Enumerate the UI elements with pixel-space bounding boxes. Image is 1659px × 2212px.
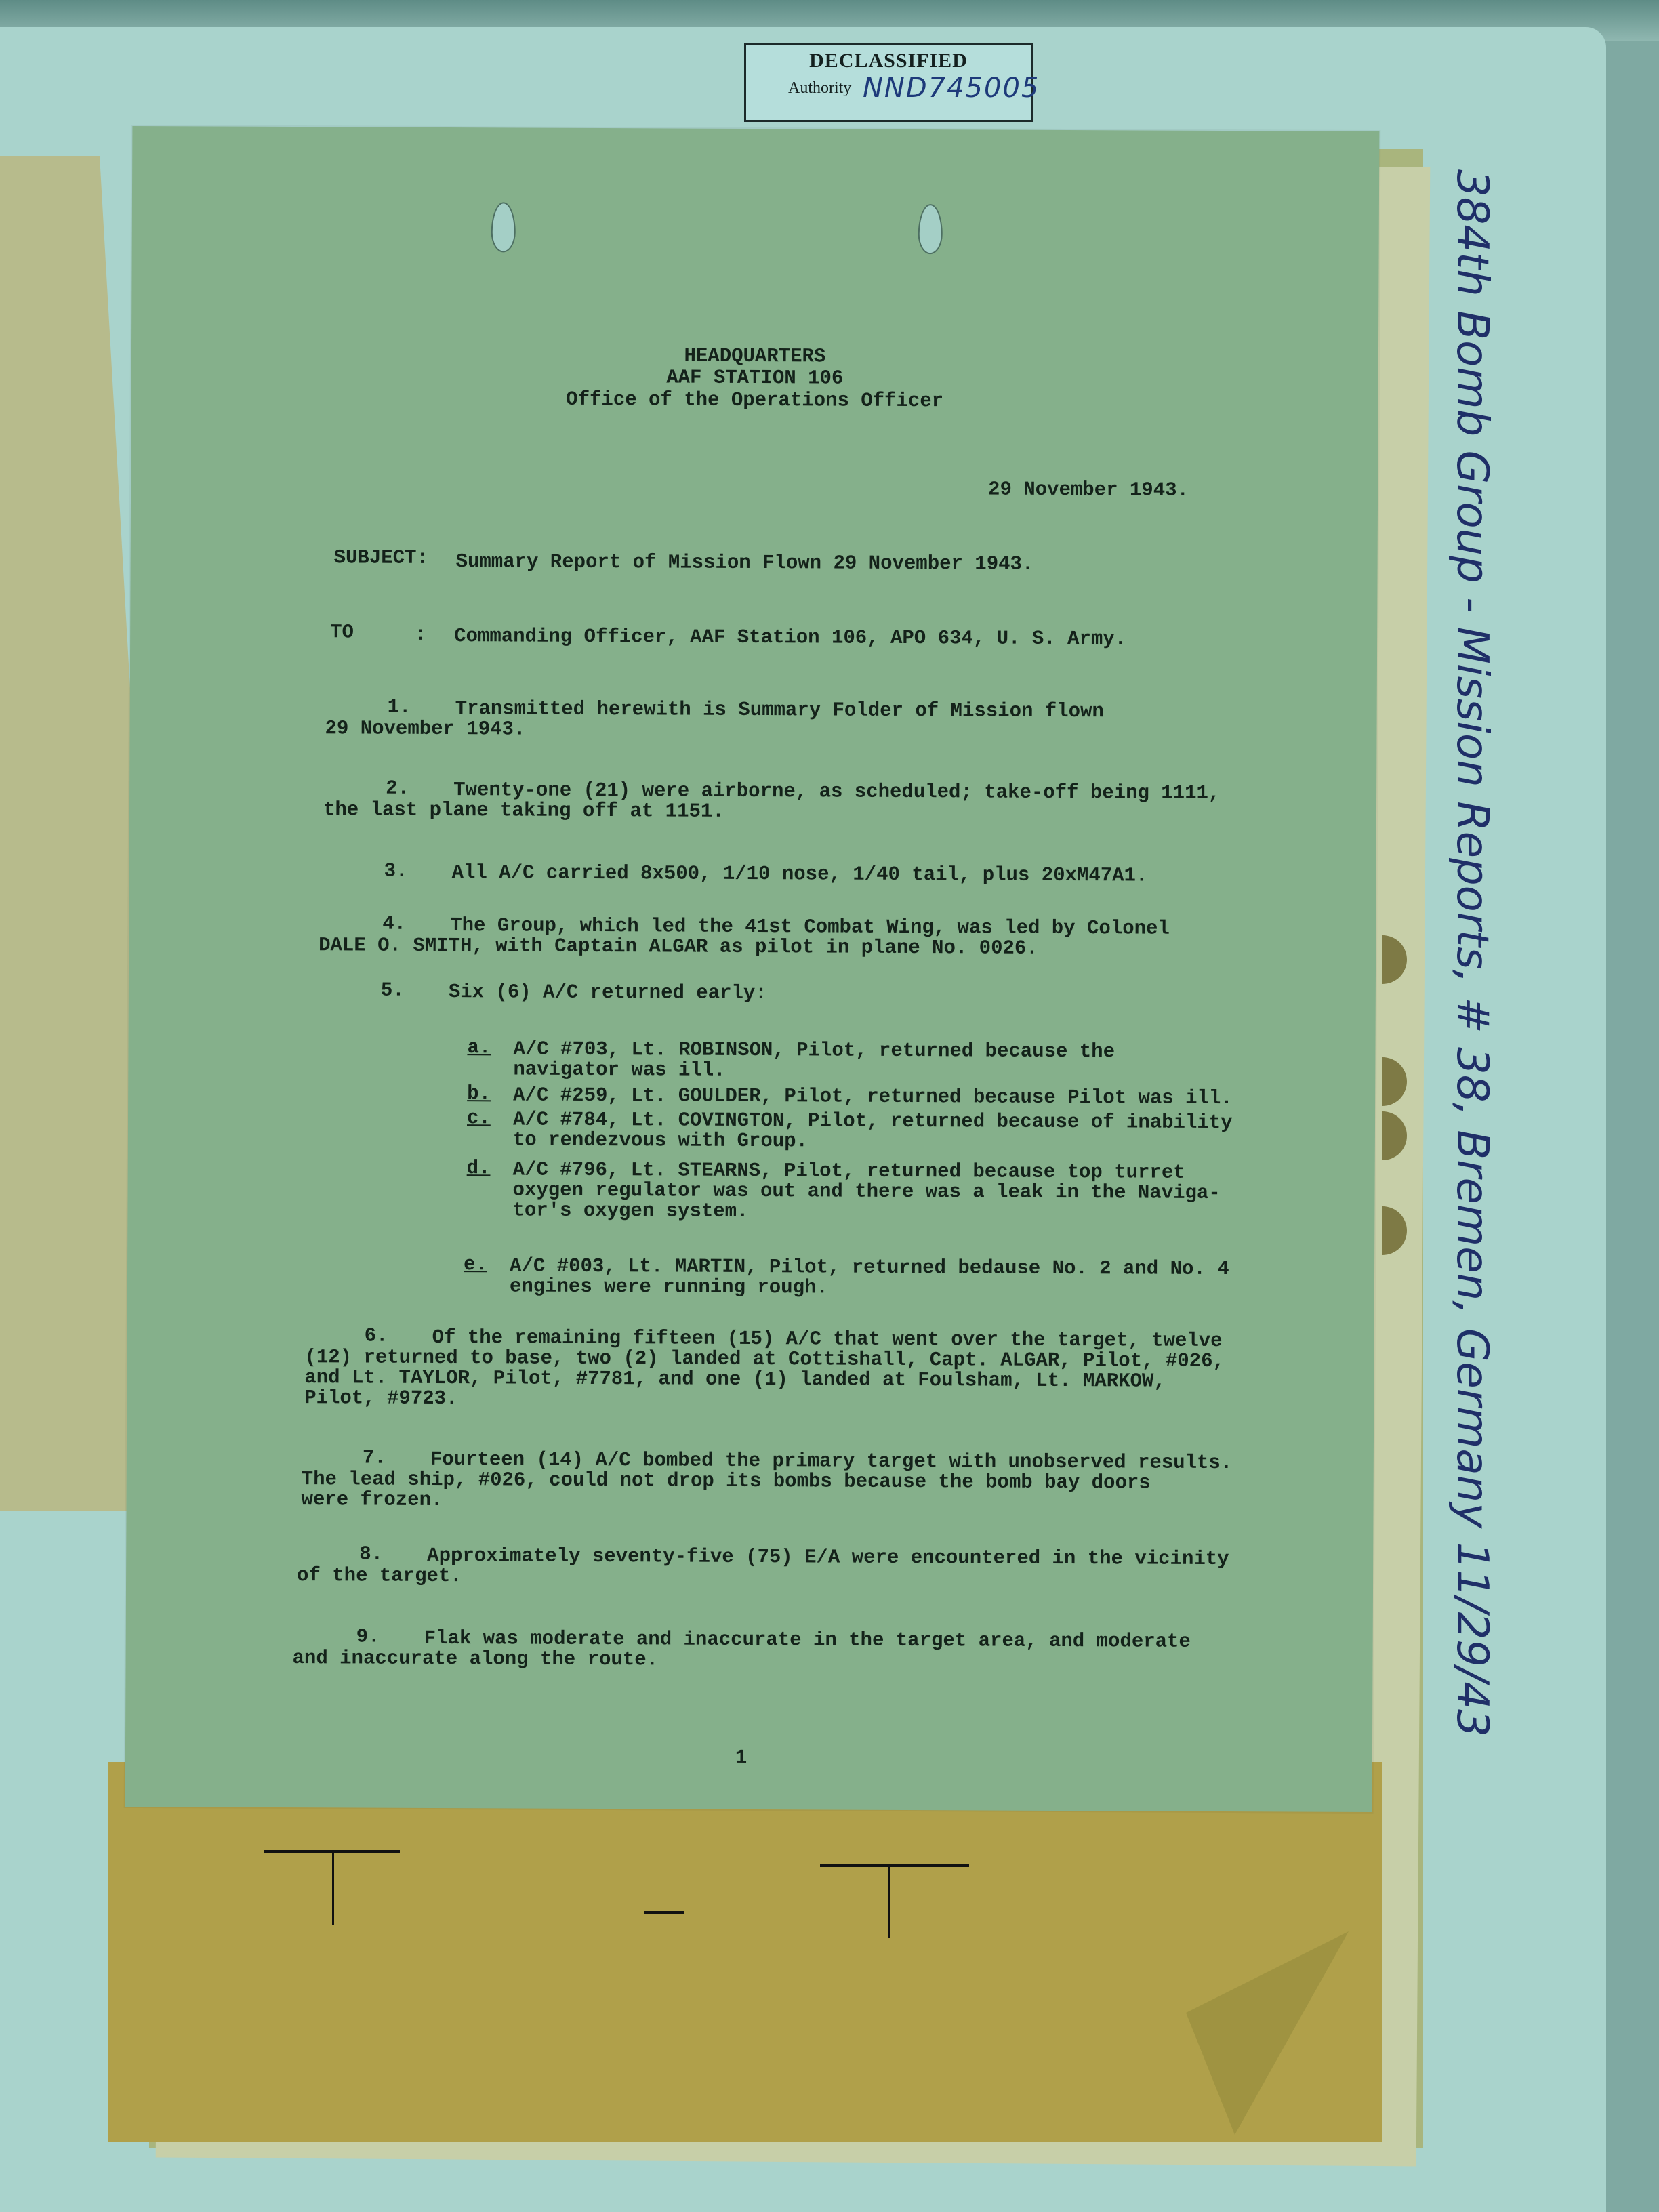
punch-hole <box>918 204 943 254</box>
para-1-num: 1. <box>388 697 411 718</box>
letterhead-line3: Office of the Operations Officer <box>131 387 1378 414</box>
typed-mark <box>644 1911 684 1914</box>
to-text: Commanding Officer, AAF Station 106, APO… <box>454 626 1126 650</box>
item-e-label: e. <box>464 1254 487 1275</box>
para-2-line2: the last plane taking off at 1151. <box>323 799 724 823</box>
typed-mark <box>820 1864 969 1867</box>
index-tab <box>1382 935 1407 984</box>
para-2-num: 2. <box>386 778 409 800</box>
declassified-stamp: DECLASSIFIED Authority NND745005 <box>744 43 1033 122</box>
para-3-line1: All A/C carried 8x500, 1/10 nose, 1/40 t… <box>452 862 1148 886</box>
document-date: 29 November 1943. <box>988 479 1189 501</box>
item-a-line2: navigator was ill. <box>513 1059 725 1081</box>
para-6-line4: Pilot, #9723. <box>304 1387 457 1410</box>
punch-hole <box>491 202 516 252</box>
to-label: TO <box>330 621 354 643</box>
manila-folder <box>108 1762 1382 2142</box>
para-4-num: 4. <box>382 914 406 935</box>
para-8-num: 8. <box>359 1543 383 1565</box>
stamp-title: DECLASSIFIED <box>746 49 1031 73</box>
mission-report-page: HEADQUARTERS AAF STATION 106 Office of t… <box>125 126 1380 1812</box>
page-number: 1 <box>735 1747 747 1769</box>
stamp-authority-label: Authority <box>788 79 851 98</box>
item-b-line1: A/C #259, Lt. GOULDER, Pilot, returned b… <box>513 1084 1233 1109</box>
item-e-line2: engines were running rough. <box>510 1275 828 1298</box>
typed-mark <box>332 1850 334 1925</box>
para-9-line2: and inaccurate along the route. <box>292 1647 658 1671</box>
handwritten-folder-label: 384th Bomb Group - Mission Reports, # 38… <box>1447 169 1497 1796</box>
para-7-num: 7. <box>363 1447 386 1469</box>
stamp-authority-value: NND745005 <box>863 73 1040 104</box>
para-8-line2: of the target. <box>297 1565 462 1587</box>
para-8-line1: Approximately seventy-five (75) E/A were… <box>427 1545 1229 1570</box>
para-5-num: 5. <box>381 980 405 1002</box>
subject-label: SUBJECT: <box>334 547 428 569</box>
para-7-line3: were frozen. <box>302 1489 443 1511</box>
para-1-line2: 29 November 1943. <box>325 718 525 740</box>
para-6-num: 6. <box>365 1326 388 1347</box>
item-c-line2: to rendezvous with Group. <box>513 1129 808 1152</box>
para-1-line1: Transmitted herewith is Summary Folder o… <box>455 698 1104 722</box>
index-tab <box>1382 1206 1407 1255</box>
index-tabs <box>1382 908 1423 1586</box>
item-a-label: a. <box>467 1037 491 1059</box>
to-separator: : <box>415 624 427 646</box>
item-b-label: b. <box>467 1083 491 1105</box>
para-9-num: 9. <box>356 1626 380 1647</box>
para-5-line1: Six (6) A/C returned early: <box>449 981 767 1004</box>
para-4-line2: DALE O. SMITH, with Captain ALGAR as pil… <box>319 935 1038 960</box>
typed-mark <box>888 1864 890 1938</box>
item-d-label: d. <box>467 1158 491 1179</box>
item-c-label: c. <box>467 1107 491 1129</box>
subject-text: Summary Report of Mission Flown 29 Novem… <box>456 551 1034 575</box>
index-tab <box>1382 1057 1407 1106</box>
para-3-num: 3. <box>384 861 408 882</box>
item-d-line3: tor's oxygen system. <box>512 1200 748 1223</box>
index-tab <box>1382 1111 1407 1160</box>
